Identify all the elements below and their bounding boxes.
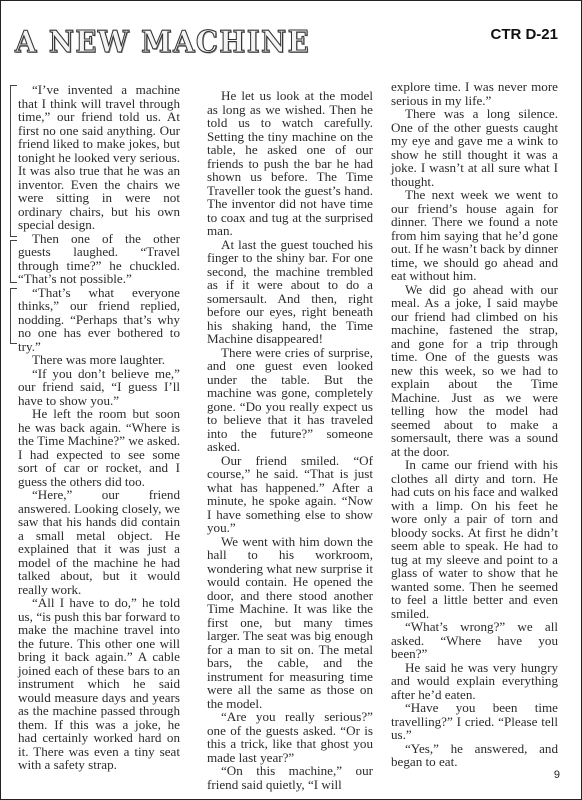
paragraph: He left the room but soon he was back ag…: [18, 407, 180, 488]
margin-bracket: [10, 85, 17, 237]
paragraph: We went with him down the hall to his wo…: [207, 535, 373, 711]
paragraph: In came our friend with his clothes all …: [391, 458, 558, 620]
paragraph: “Yes,” he answered, and began to eat.: [391, 742, 558, 769]
paragraph: “Are you really serious?” one of the gue…: [207, 710, 373, 764]
paragraph: “All I have to do,” he told us, “is push…: [18, 596, 180, 772]
paragraph: There was a long silence. One of the oth…: [391, 107, 558, 188]
text-column-3: explore time. I was never more serious i…: [391, 80, 558, 769]
text-column-2: He let us look at the model as long as w…: [207, 89, 373, 791]
paragraph: Our friend smiled. “Of course,” he said.…: [207, 454, 373, 535]
paragraph: “I’ve invented a machine that I think wi…: [18, 83, 180, 232]
paragraph: “If you don’t believe me,” our friend sa…: [18, 367, 180, 408]
margin-bracket: [10, 240, 17, 283]
paragraph: “On this machine,” our friend said quiet…: [207, 764, 373, 791]
paragraph-continued: explore time. I was never more serious i…: [391, 80, 558, 107]
paragraph: “What’s wrong?” we all asked. “Where hav…: [391, 620, 558, 661]
paragraph: We did go ahead with our meal. As a joke…: [391, 283, 558, 459]
margin-bracket: [10, 288, 17, 344]
paragraph: Then one of the other guests laughed. “T…: [18, 232, 180, 286]
document-page: A NEW MACHINE CTR D-21 “I’ve invented a …: [0, 0, 582, 800]
paragraph: There were cries of surprise, and one gu…: [207, 346, 373, 454]
paragraph: “Here,” our friend answered. Looking clo…: [18, 488, 180, 596]
paragraph: He said he was very hungry and would exp…: [391, 661, 558, 702]
text-column-1: “I’ve invented a machine that I think wi…: [18, 83, 180, 772]
paragraph: The next week we went to our friend’s ho…: [391, 188, 558, 283]
story-title: A NEW MACHINE: [15, 25, 310, 60]
page-number: 9: [554, 769, 560, 781]
card-code: CTR D-21: [490, 26, 558, 43]
paragraph: “Have you been time travelling?” I cried…: [391, 701, 558, 742]
paragraph: He let us look at the model as long as w…: [207, 89, 373, 238]
paragraph: There was more laughter.: [18, 353, 180, 367]
paragraph: “That’s what everyone thinks,” our frien…: [18, 286, 180, 354]
paragraph: At last the guest touched his finger to …: [207, 238, 373, 346]
